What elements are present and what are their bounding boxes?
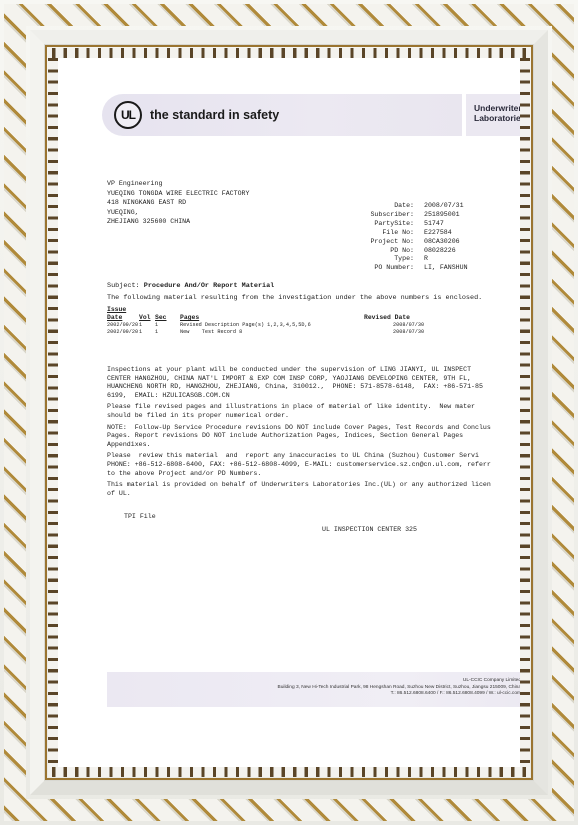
meta-row-subscriber: Subscriber:251895001: [338, 211, 468, 220]
certificate-document: UL the standard in safety Underwriters L…: [58, 58, 520, 767]
address-line: YUEQING TONGDA WIRE ELECTRIC FACTORY: [107, 189, 249, 199]
header-pages: Pages: [180, 314, 356, 322]
meta-label: Subscriber:: [338, 211, 414, 220]
meta-label: Project No:: [338, 238, 414, 247]
issue-table: Issue Date Vol Sec Pages Revised Date 20…: [107, 306, 487, 335]
meta-row-pd-no: PD No:08028226: [338, 247, 468, 256]
organization-name: Underwriters Laboratories: [466, 94, 520, 136]
inspection-center-signature: UL INSPECTION CENTER 325: [322, 526, 417, 533]
text-line: 6199, EMAIL: HZULICASGB.COM.CN: [107, 392, 230, 399]
text-line: Please review this material and report a…: [107, 452, 479, 459]
text-line: Please file revised pages and illustrati…: [107, 403, 475, 410]
cell-date: 2002/09/20: [107, 329, 139, 336]
text-line: Pages. Report revisions DO NOT include A…: [107, 432, 463, 439]
footer-band: UL-CCIC Company Limited Building 3, New …: [107, 672, 520, 707]
cell-sec: 1: [155, 329, 180, 336]
org-name-line-2: Laboratories: [474, 113, 520, 123]
issue-title: Issue: [107, 306, 487, 313]
text-line: CENTER HANGZHOU, CHINA NAT'L IMPORT & EX…: [107, 375, 471, 382]
table-row: 2002/09/20 1 1 Revised Description Page(…: [107, 322, 487, 329]
meta-value: R: [424, 255, 428, 264]
cell-vol: 1: [139, 322, 155, 329]
address-line: VP Engineering: [107, 179, 249, 189]
address-line: ZHEJIANG 325600 CHINA: [107, 217, 249, 227]
org-name-line-1: Underwriters: [474, 103, 520, 113]
text-line: This material is provided on behalf of U…: [107, 481, 491, 488]
footer-contact: UL-CCIC Company Limited Building 3, New …: [278, 678, 520, 698]
meta-row-po-number: PO Number:LI, FANSHUN: [338, 264, 468, 273]
text-line: PHONE: +86-512-6808-6400, FAX: +86-512-6…: [107, 461, 491, 468]
address-line: YUEQING,: [107, 208, 249, 218]
meta-label: Type:: [338, 255, 414, 264]
meta-row-partysite: PartySite:51747: [338, 220, 468, 229]
text-line: Appendixes.: [107, 441, 151, 448]
address-line: 418 NINGKANG EAST RD: [107, 198, 249, 208]
table-row: 2002/09/20 1 1 New Test Record 8 2008/07…: [107, 329, 487, 336]
recipient-address: VP Engineering YUEQING TONGDA WIRE ELECT…: [107, 179, 249, 227]
subject-line: Subject: Procedure And/Or Report Materia…: [107, 282, 274, 290]
meta-value: E227584: [424, 229, 452, 238]
file-pages-paragraph: Please file revised pages and illustrati…: [107, 403, 520, 420]
meta-row-date: Date:2008/07/31: [338, 202, 468, 211]
cell-date: 2002/09/20: [107, 322, 139, 329]
meta-value: 51747: [424, 220, 444, 229]
ul-logo-icon: UL: [114, 101, 142, 129]
letterhead-band: UL the standard in safety: [102, 94, 462, 136]
meta-label: Date:: [338, 202, 414, 211]
subject-value: Procedure And/Or Report Material: [144, 282, 275, 290]
meta-value: 08CA30206: [424, 238, 460, 247]
reference-details: Date:2008/07/31 Subscriber:251895001 Par…: [338, 202, 468, 273]
cell-revised-date: 2008/07/30: [393, 329, 424, 335]
review-paragraph: Please review this material and report a…: [107, 452, 520, 478]
header-sec: Sec: [155, 314, 180, 322]
table-header: Date Vol Sec Pages Revised Date: [107, 314, 487, 322]
meta-label: PD No:: [338, 247, 414, 256]
header-revised-date: Revised Date: [364, 314, 410, 321]
subject-label: Subject:: [107, 282, 140, 290]
note-paragraph: NOTE: Follow-Up Service Procedure revisi…: [107, 424, 520, 450]
meta-value: 251895001: [424, 211, 460, 220]
text-line: HUANCHENG NORTH RD, HANGZHOU, ZHEJIANG, …: [107, 383, 483, 390]
cell-pages: Revised Description Page(s) 1,2,3,4,5,5D…: [180, 322, 356, 329]
meta-label: PO Number:: [338, 264, 414, 273]
intro-text: The following material resulting from th…: [107, 294, 482, 302]
letter-body: Inspections at your plant will be conduc…: [107, 366, 520, 501]
meta-value: LI, FANSHUN: [424, 264, 468, 273]
tpi-file-label: TPI File: [124, 513, 156, 520]
meta-label: File No:: [338, 229, 414, 238]
tagline: the standard in safety: [150, 108, 279, 122]
behalf-paragraph: This material is provided on behalf of U…: [107, 481, 520, 498]
meta-label: PartySite:: [338, 220, 414, 229]
meta-value: 2008/07/31: [424, 202, 464, 211]
cell-pages: New Test Record 8: [180, 329, 356, 336]
inspections-paragraph: Inspections at your plant will be conduc…: [107, 366, 520, 400]
text-line: should be filed in its proper numerical …: [107, 412, 289, 419]
meta-row-type: Type:R: [338, 255, 468, 264]
header-vol: Vol: [139, 314, 155, 322]
text-line: of UL.: [107, 490, 131, 497]
text-line: NOTE: Follow-Up Service Procedure revisi…: [107, 424, 491, 431]
footer-phone-web: T.: 86.512.6808.6400 / F.: 86.512.6808.4…: [278, 691, 520, 698]
meta-row-file-no: File No:E227584: [338, 229, 468, 238]
cell-sec: 1: [155, 322, 180, 329]
cell-vol: 1: [139, 329, 155, 336]
cell-revised-date: 2008/07/30: [393, 322, 424, 328]
meta-value: 08028226: [424, 247, 456, 256]
text-line: Inspections at your plant will be conduc…: [107, 366, 471, 373]
meta-row-project-no: Project No:08CA30206: [338, 238, 468, 247]
text-line: to the above Project and/or PD Numbers.: [107, 470, 261, 477]
header-date: Date: [107, 314, 139, 322]
